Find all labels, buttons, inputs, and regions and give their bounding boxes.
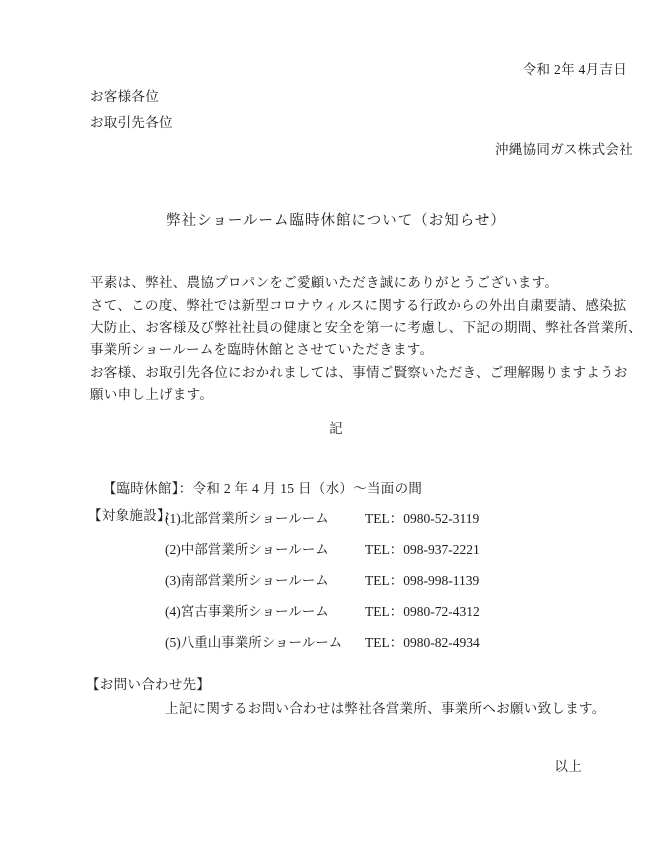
document-title: 弊社ショールーム臨時休館について（お知らせ） [0, 211, 672, 231]
facility-name: (1)北部営業所ショールーム [165, 507, 329, 527]
inquiry-text: 上記に関するお問い合わせは弊社各営業所、事業所へお願い致します。 [165, 700, 606, 719]
facility-tel: TEL：098-998-1139 [365, 569, 479, 589]
closing-marker: 以上 [554, 758, 582, 777]
facility-name: (3)南部営業所ショールーム [165, 569, 329, 589]
record-marker: 記 [0, 420, 672, 439]
facility-name: (4)宮古事業所ショールーム [165, 600, 329, 620]
facility-tel: TEL：0980-52-3119 [365, 507, 479, 527]
sender-company-name: 沖縄協同ガス株式会社 [495, 141, 633, 160]
closure-period-label: 【臨時休館】： [103, 481, 193, 496]
body-line: 事業所ショールームを臨時休館とさせていただきます。 [90, 341, 433, 360]
body-line: 平素は、弊社、農協プロパンをご愛顧いただき誠にありがとうございます。 [90, 274, 558, 293]
document-page: 令和 2年 4月吉日 お客様各位 お取引先各位 沖縄協同ガス株式会社 弊社ショー… [0, 0, 672, 848]
facility-tel: TEL：0980-82-4934 [365, 631, 480, 651]
body-line: さて、この度、弊社では新型コロナウィルスに関する行政からの外出自粛要請、感染拡 [90, 297, 627, 316]
body-line: 願い申し上げます。 [90, 386, 213, 405]
body-line: 大防止、お客様及び弊社社員の健康と安全を第一に考慮し、下記の期間、弊社各営業所、 [90, 319, 642, 338]
facility-tel: TEL：0980-72-4312 [365, 600, 480, 620]
recipient-business-partners: お取引先各位 [90, 114, 173, 133]
body-line: お客様、お取引先各位におかれましては、事情ご賢察いただき、ご理解賜りますようお [90, 364, 628, 383]
facility-name: (2)中部営業所ショールーム [165, 538, 329, 558]
facility-tel: TEL：098-937-2221 [365, 538, 480, 558]
facility-name: (5)八重山事業所ショールーム [165, 631, 342, 651]
closure-period-value: 令和 2 年 4 月 15 日（水）～当面の間 [193, 481, 423, 496]
inquiry-label: 【お問い合わせ先】 [86, 676, 210, 695]
recipient-customers: お客様各位 [90, 88, 159, 107]
document-date: 令和 2年 4月吉日 [523, 61, 627, 80]
